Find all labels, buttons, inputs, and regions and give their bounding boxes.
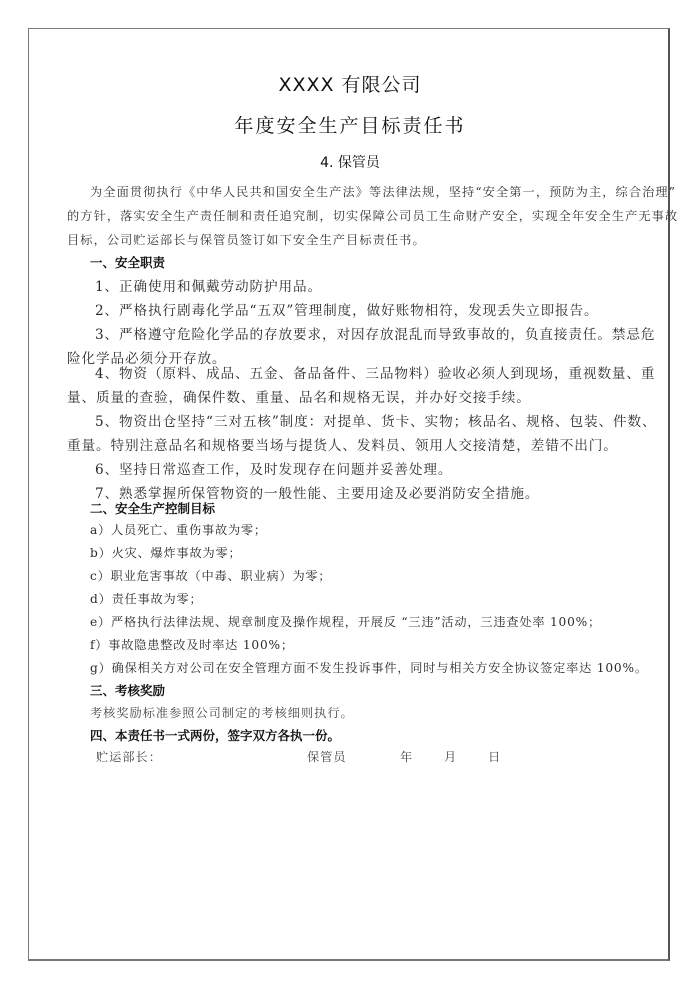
duty-item: 1、正确使用和佩戴劳动防护用品。 xyxy=(95,275,322,295)
duty-item: 3、严格遵守危险化学品的存放要求，对因存放混乱而导致事故的，负直接责任。禁忌危 xyxy=(95,323,655,343)
goal-item: d）责任事故为零； xyxy=(90,590,203,607)
duty-item: 4、物资（原料、成品、五金、备品备件、三品物料）验收必须人到现场，重视数量、重 xyxy=(95,362,655,382)
signature-keeper-label: 保管员 xyxy=(307,748,347,765)
intro-line: 为全面贯彻执行《中华人民共和国安全生产法》等法律法规，坚持“安全第一，预防为主，… xyxy=(90,183,676,200)
company-name: XXXX 有限公司 xyxy=(0,70,700,97)
goal-item: c）职业危害事故（中毒、职业病）为零； xyxy=(90,567,331,584)
document-title: 年度安全生产目标责任书 xyxy=(0,111,700,138)
signature-month-label: 月 xyxy=(444,748,457,765)
duty-item: 5、物资出仓坚持“三对五核”制度：对提单、货卡、实物；核品名、规格、包装、件数、 xyxy=(95,410,657,430)
section-heading-copies: 四、本责任书一式两份，签字双方各执一份。 xyxy=(90,726,340,744)
section-heading-goals: 二、安全生产控制目标 xyxy=(90,499,215,517)
signature-year-label: 年 xyxy=(400,748,413,765)
duty-item: 6、坚持日常巡查工作，及时发现存在问题并妥善处理。 xyxy=(95,458,452,478)
section-heading-assessment: 三、考核奖励 xyxy=(90,681,165,699)
goal-item: a）人员死亡、重伤事故为零； xyxy=(90,521,267,538)
duty-item: 2、严格执行剧毒化学品“五双”管理制度，做好账物相符，发现丢失立即报告。 xyxy=(95,299,599,319)
assessment-text: 考核奖励标准参照公司制定的考核细则执行。 xyxy=(90,704,354,721)
goal-item: f）事故隐患整改及时率达 100%； xyxy=(90,636,294,653)
signature-day-label: 日 xyxy=(488,748,501,765)
duty-item-cont: 重量。特别注意品名和规格要当场与提货人、发料员、领用人交接清楚，差错不出门。 xyxy=(67,434,618,454)
goal-item: g）确保相关方对公司在安全管理方面不发生投诉事件，同时与相关方安全协议签定率达 … xyxy=(90,659,648,676)
duty-item-cont: 量、质量的查验，确保件数、重量、品名和规格无误，并办好交接手续。 xyxy=(67,386,531,406)
intro-line: 目标，公司贮运部长与保管员签订如下安全生产目标责任书。 xyxy=(67,231,426,248)
role-heading: 4. 保管员 xyxy=(0,152,700,172)
intro-line: 的方针，落实安全生产责任制和责任追究制，切实保障公司员工生命财产安全，实现全年安… xyxy=(67,207,678,224)
goal-item: e）严格执行法律法规、规章制度及操作规程，开展反 “三违”活动，三违查处率 10… xyxy=(90,613,601,630)
section-heading-duties: 一、安全职责 xyxy=(90,253,165,271)
signature-dept-head-label: 贮运部长： xyxy=(96,748,162,765)
goal-item: b）火灾、爆炸事故为零； xyxy=(90,544,241,561)
